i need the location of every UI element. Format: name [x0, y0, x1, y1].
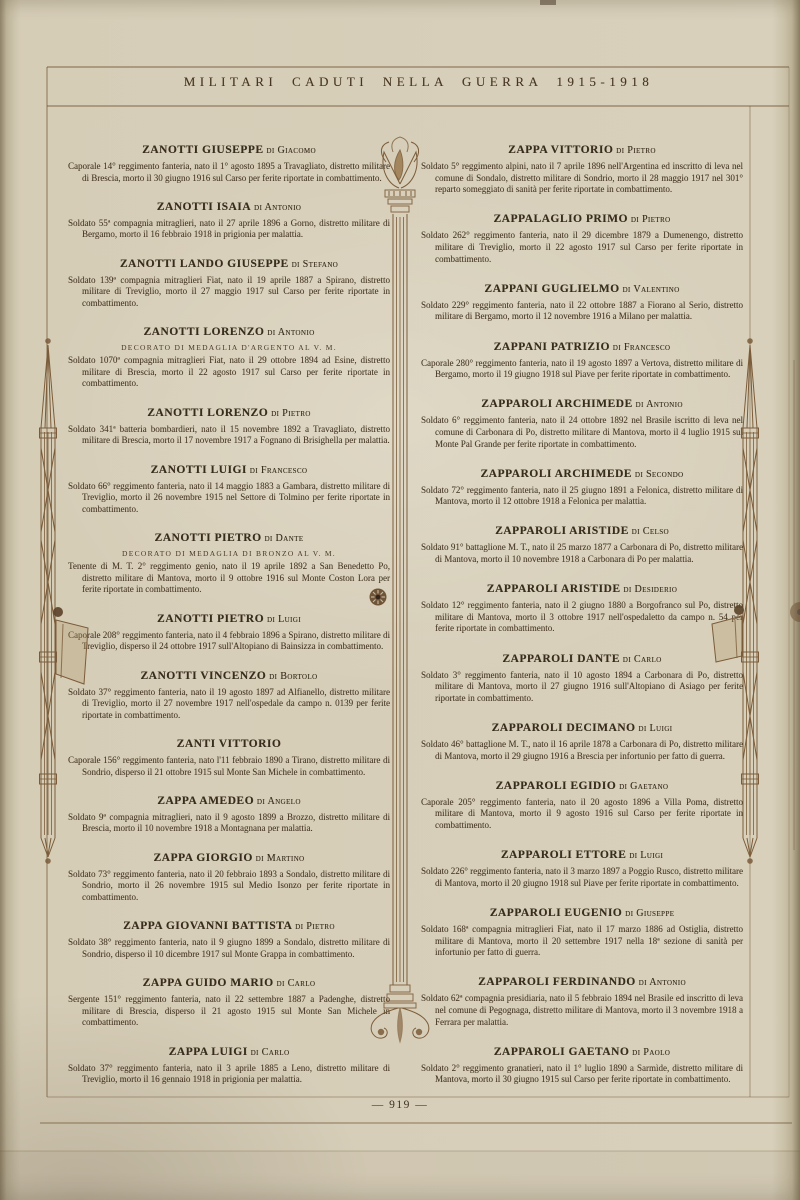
soldier-name: ZAPPAROLI ARISTIDE — [487, 583, 621, 595]
soldier-entry: ZANOTTI PIETRO di DanteDECORATO DI MEDAG… — [68, 530, 390, 596]
soldier-name-heading: ZANOTTI ISAIA di Antonio — [68, 199, 390, 214]
soldier-patronymic: di Celso — [629, 526, 669, 537]
soldier-record-text: Caporale 280° reggimento fanteria, nato … — [421, 358, 743, 381]
soldier-record-text: Soldato 1070ª compagnia mitraglieri Fiat… — [68, 355, 390, 390]
soldier-name: ZAPPAROLI EGIDIO — [496, 780, 617, 792]
soldier-name: ZAPPA AMEDEO — [157, 795, 254, 807]
soldier-entry: ZAPPA AMEDEO di AngeloSoldato 9ª compagn… — [68, 793, 390, 835]
soldier-name: ZAPPAROLI GAETANO — [494, 1046, 630, 1058]
soldier-name: ZANOTTI PIETRO — [155, 532, 262, 544]
soldier-name-heading: ZAPPANI GUGLIELMO di Valentino — [421, 281, 743, 296]
soldier-name: ZANOTTI GIUSEPPE — [142, 144, 263, 156]
soldier-entry: ZANOTTI LUIGI di FrancescoSoldato 66° re… — [68, 462, 390, 516]
soldier-patronymic: di Pietro — [628, 214, 671, 225]
soldier-entry: ZANOTTI PIETRO di LuigiCaporale 208° reg… — [68, 611, 390, 653]
soldier-record-text: Soldato 226° reggimento fanteria, nato i… — [421, 866, 743, 889]
book-page: MILITARI CADUTI NELLA GUERRA 1915-1918 Z… — [0, 0, 800, 1200]
soldier-patronymic: di Carlo — [620, 654, 662, 665]
soldier-name: ZAPPANI PATRIZIO — [494, 341, 610, 353]
soldier-name: ZANOTTI VINCENZO — [141, 670, 267, 682]
soldier-patronymic: di Giuseppe — [622, 908, 674, 919]
soldier-name: ZAPPALAGLIO PRIMO — [493, 213, 627, 225]
soldier-entry: ZAPPA GIOVANNI BATTISTA di PietroSoldato… — [68, 918, 390, 960]
soldier-name-heading: ZAPPA VITTORIO di Pietro — [421, 142, 743, 157]
soldier-entry: ZANTI VITTORIOCaporale 156° reggimento f… — [68, 736, 390, 778]
soldier-record-text: Caporale 14° reggimento fanteria, nato i… — [68, 161, 390, 184]
soldier-name: ZAPPANI GUGLIELMO — [484, 283, 619, 295]
soldier-entry: ZANOTTI LORENZO di AntonioDECORATO DI ME… — [68, 324, 390, 390]
soldier-name: ZAPPAROLI ETTORE — [501, 849, 626, 861]
soldier-patronymic: di Dante — [262, 533, 304, 544]
soldier-name-heading: ZAPPAROLI ARISTIDE di Desiderio — [421, 581, 743, 596]
text-column-right: ZAPPA VITTORIO di PietroSoldato 5° reggi… — [421, 142, 743, 1086]
decoration-line: DECORATO DI MEDAGLIA D'ARGENTO AL V. M. — [68, 343, 390, 352]
soldier-patronymic: di Antonio — [633, 399, 683, 410]
soldier-patronymic: di Secondo — [632, 469, 684, 480]
soldier-entry: ZAPPAROLI EGIDIO di GaetanoCaporale 205°… — [421, 778, 743, 832]
soldier-patronymic: di Giacomo — [264, 145, 316, 156]
soldier-entry: ZAPPAROLI EUGENIO di GiuseppeSoldato 168… — [421, 905, 743, 959]
soldier-name: ZANOTTI PIETRO — [157, 613, 264, 625]
soldier-entry: ZAPPAROLI ARCHIMEDE di SecondoSoldato 72… — [421, 466, 743, 508]
soldier-name-heading: ZANOTTI GIUSEPPE di Giacomo — [68, 142, 390, 157]
soldier-patronymic: di Carlo — [274, 978, 316, 989]
soldier-patronymic: di Pietro — [292, 921, 335, 932]
soldier-name: ZAPPAROLI ARISTIDE — [495, 525, 629, 537]
soldier-record-text: Soldato 6° reggimento fanteria, nato il … — [421, 415, 743, 450]
soldier-name: ZAPPAROLI ARCHIMEDE — [481, 398, 632, 410]
soldier-entry: ZANOTTI VINCENZO di BortoloSoldato 37° r… — [68, 668, 390, 722]
soldier-name-heading: ZANOTTI LORENZO di Pietro — [68, 405, 390, 420]
soldier-patronymic: di Bortolo — [266, 671, 317, 682]
soldier-patronymic: di Luigi — [264, 614, 301, 625]
soldier-record-text: Soldato 3° reggimento fanteria, nato il … — [421, 670, 743, 705]
soldier-name-heading: ZAPPA AMEDEO di Angelo — [68, 793, 390, 808]
soldier-name: ZAPPA VITTORIO — [508, 144, 613, 156]
soldier-entry: ZAPPAROLI ARCHIMEDE di AntonioSoldato 6°… — [421, 396, 743, 450]
soldier-patronymic: di Carlo — [248, 1047, 290, 1058]
soldier-name: ZAPPAROLI DECIMANO — [492, 722, 636, 734]
soldier-name-heading: ZAPPAROLI DANTE di Carlo — [421, 651, 743, 666]
soldier-patronymic: di Pietro — [613, 145, 656, 156]
soldier-name-heading: ZANOTTI LUIGI di Francesco — [68, 462, 390, 477]
soldier-name-heading: ZAPPAROLI DECIMANO di Luigi — [421, 720, 743, 735]
soldier-record-text: Soldato 37° reggimento fanteria, nato il… — [68, 1063, 390, 1086]
soldier-record-text: Soldato 9ª compagnia mitraglieri, nato i… — [68, 812, 390, 835]
soldier-record-text: Soldato 2° reggimento granatieri, nato i… — [421, 1063, 743, 1086]
soldier-record-text: Tenente di M. T. 2° reggimento genio, na… — [68, 561, 390, 596]
soldier-entry: ZANOTTI LANDO GIUSEPPE di StefanoSoldato… — [68, 256, 390, 310]
soldier-record-text: Caporale 208° reggimento fanteria, nato … — [68, 630, 390, 653]
soldier-patronymic: di Angelo — [254, 796, 301, 807]
soldier-record-text: Caporale 156° reggimento fanteria, nato … — [68, 755, 390, 778]
soldier-name-heading: ZANTI VITTORIO — [68, 736, 390, 751]
page-number: — 919 — — [0, 1099, 800, 1111]
soldier-name-heading: ZAPPAROLI EGIDIO di Gaetano — [421, 778, 743, 793]
soldier-name: ZAPPAROLI DANTE — [502, 653, 620, 665]
soldier-entry: ZAPPAROLI DANTE di CarloSoldato 3° reggi… — [421, 651, 743, 705]
soldier-name-heading: ZAPPA GIORGIO di Martino — [68, 850, 390, 865]
soldier-name-heading: ZAPPA GUIDO MARIO di Carlo — [68, 975, 390, 990]
soldier-record-text: Soldato 55ª compagnia mitraglieri, nato … — [68, 218, 390, 241]
soldier-patronymic: di Luigi — [626, 850, 663, 861]
soldier-entry: ZANOTTI LORENZO di PietroSoldato 341ª ba… — [68, 405, 390, 447]
soldier-record-text: Soldato 66° reggimento fanteria, nato il… — [68, 481, 390, 516]
text-column-left: ZANOTTI GIUSEPPE di GiacomoCaporale 14° … — [68, 142, 390, 1086]
soldier-name: ZANOTTI LORENZO — [147, 407, 268, 419]
soldier-patronymic: di Antonio — [264, 327, 314, 338]
soldier-name-heading: ZANOTTI VINCENZO di Bortolo — [68, 668, 390, 683]
soldier-name: ZAPPA LUIGI — [169, 1046, 248, 1058]
soldier-record-text: Soldato 341ª batteria bombardieri, nato … — [68, 424, 390, 447]
soldier-name-heading: ZAPPAROLI GAETANO di Paolo — [421, 1044, 743, 1059]
soldier-name-heading: ZAPPANI PATRIZIO di Francesco — [421, 339, 743, 354]
soldier-entry: ZAPPANI GUGLIELMO di ValentinoSoldato 22… — [421, 281, 743, 323]
soldier-patronymic: di Antonio — [251, 202, 301, 213]
soldier-entry: ZAPPAROLI ARISTIDE di CelsoSoldato 91° b… — [421, 523, 743, 565]
soldier-name: ZANOTTI LORENZO — [143, 326, 264, 338]
soldier-name: ZAPPA GIOVANNI BATTISTA — [123, 920, 292, 932]
soldier-patronymic: di Luigi — [636, 723, 673, 734]
page-title: MILITARI CADUTI NELLA GUERRA 1915-1918 — [47, 74, 790, 90]
soldier-entry: ZAPPALAGLIO PRIMO di PietroSoldato 262° … — [421, 211, 743, 265]
soldier-patronymic: di Martino — [253, 853, 305, 864]
soldier-entry: ZAPPAROLI ETTORE di LuigiSoldato 226° re… — [421, 847, 743, 889]
soldier-entry: ZAPPA LUIGI di CarloSoldato 37° reggimen… — [68, 1044, 390, 1086]
soldier-name: ZANOTTI LUIGI — [151, 464, 247, 476]
soldier-record-text: Soldato 62ª compagnia presidiaria, nato … — [421, 993, 743, 1028]
page-edge-ornament-fragment — [790, 360, 800, 850]
soldier-entry: ZAPPAROLI DECIMANO di LuigiSoldato 46° b… — [421, 720, 743, 762]
soldier-entry: ZAPPA GUIDO MARIO di CarloSergente 151° … — [68, 975, 390, 1029]
soldier-name: ZAPPA GIORGIO — [154, 852, 253, 864]
soldier-patronymic: di Desiderio — [621, 584, 678, 595]
soldier-record-text: Soldato 46° battaglione M. T., nato il 1… — [421, 739, 743, 762]
soldier-name: ZAPPA GUIDO MARIO — [143, 977, 274, 989]
soldier-patronymic: di Gaetano — [616, 781, 668, 792]
soldier-record-text: Soldato 73° reggimento fanteria, nato il… — [68, 869, 390, 904]
soldier-name: ZANTI VITTORIO — [177, 738, 282, 750]
soldier-name: ZAPPAROLI EUGENIO — [490, 907, 623, 919]
soldier-entry: ZANOTTI GIUSEPPE di GiacomoCaporale 14° … — [68, 142, 390, 184]
soldier-patronymic: di Francesco — [610, 342, 671, 353]
soldier-name: ZAPPAROLI ARCHIMEDE — [481, 468, 632, 480]
soldier-entry: ZAPPAROLI ARISTIDE di DesiderioSoldato 1… — [421, 581, 743, 635]
decoration-line: DECORATO DI MEDAGLIA DI BRONZO AL V. M. — [68, 549, 390, 558]
soldier-record-text: Soldato 262° reggimento fanteria, nato i… — [421, 230, 743, 265]
soldier-name-heading: ZAPPA GIOVANNI BATTISTA di Pietro — [68, 918, 390, 933]
soldier-name-heading: ZAPPAROLI ARCHIMEDE di Secondo — [421, 466, 743, 481]
soldier-entry: ZAPPAROLI GAETANO di PaoloSoldato 2° reg… — [421, 1044, 743, 1086]
soldier-entry: ZANOTTI ISAIA di AntonioSoldato 55ª comp… — [68, 199, 390, 241]
soldier-record-text: Soldato 38° reggimento fanteria, nato il… — [68, 937, 390, 960]
soldier-name-heading: ZANOTTI PIETRO di Dante — [68, 530, 390, 545]
soldier-name-heading: ZAPPAROLI EUGENIO di Giuseppe — [421, 905, 743, 920]
soldier-patronymic: di Valentino — [620, 284, 680, 295]
soldier-patronymic: di Paolo — [629, 1047, 670, 1058]
soldier-entry: ZAPPA VITTORIO di PietroSoldato 5° reggi… — [421, 142, 743, 196]
soldier-name: ZANOTTI ISAIA — [157, 201, 251, 213]
soldier-name-heading: ZANOTTI LORENZO di Antonio — [68, 324, 390, 339]
soldier-patronymic: di Francesco — [247, 465, 308, 476]
soldier-record-text: Soldato 5° reggimento alpini, nato il 7 … — [421, 161, 743, 196]
soldier-name-heading: ZAPPAROLI FERDINANDO di Antonio — [421, 974, 743, 989]
soldier-record-text: Soldato 139ª compagnia mitraglieri Fiat,… — [68, 275, 390, 310]
soldier-name-heading: ZAPPAROLI ARCHIMEDE di Antonio — [421, 396, 743, 411]
soldier-patronymic: di Pietro — [268, 408, 311, 419]
soldier-patronymic: di Antonio — [636, 977, 686, 988]
soldier-record-text: Soldato 168ª compagnia mitraglieri Fiat,… — [421, 924, 743, 959]
soldier-name-heading: ZAPPAROLI ARISTIDE di Celso — [421, 523, 743, 538]
soldier-record-text: Sergente 151° reggimento fanteria, nato … — [68, 994, 390, 1029]
soldier-name-heading: ZAPPALAGLIO PRIMO di Pietro — [421, 211, 743, 226]
soldier-name-heading: ZANOTTI LANDO GIUSEPPE di Stefano — [68, 256, 390, 271]
soldier-patronymic: di Stefano — [289, 259, 338, 270]
soldier-record-text: Soldato 72° reggimento fanteria, nato il… — [421, 485, 743, 508]
soldier-record-text: Soldato 37° reggimento fanteria, nato il… — [68, 687, 390, 722]
soldier-entry: ZAPPANI PATRIZIO di FrancescoCaporale 28… — [421, 339, 743, 381]
soldier-record-text: Soldato 91° battaglione M. T., nato il 2… — [421, 542, 743, 565]
soldier-name: ZANOTTI LANDO GIUSEPPE — [120, 258, 289, 270]
soldier-entry: ZAPPA GIORGIO di MartinoSoldato 73° regg… — [68, 850, 390, 904]
soldier-record-text: Soldato 12° reggimento fanteria, nato il… — [421, 600, 743, 635]
page-fold-shadow — [0, 1151, 800, 1200]
soldier-name-heading: ZAPPA LUIGI di Carlo — [68, 1044, 390, 1059]
soldier-record-text: Caporale 205° reggimento fanteria, nato … — [421, 797, 743, 832]
soldier-name: ZAPPAROLI FERDINANDO — [478, 976, 636, 988]
soldier-entry: ZAPPAROLI FERDINANDO di AntonioSoldato 6… — [421, 974, 743, 1028]
soldier-name-heading: ZANOTTI PIETRO di Luigi — [68, 611, 390, 626]
soldier-name-heading: ZAPPAROLI ETTORE di Luigi — [421, 847, 743, 862]
soldier-record-text: Soldato 229° reggimento fanteria, nato i… — [421, 300, 743, 323]
